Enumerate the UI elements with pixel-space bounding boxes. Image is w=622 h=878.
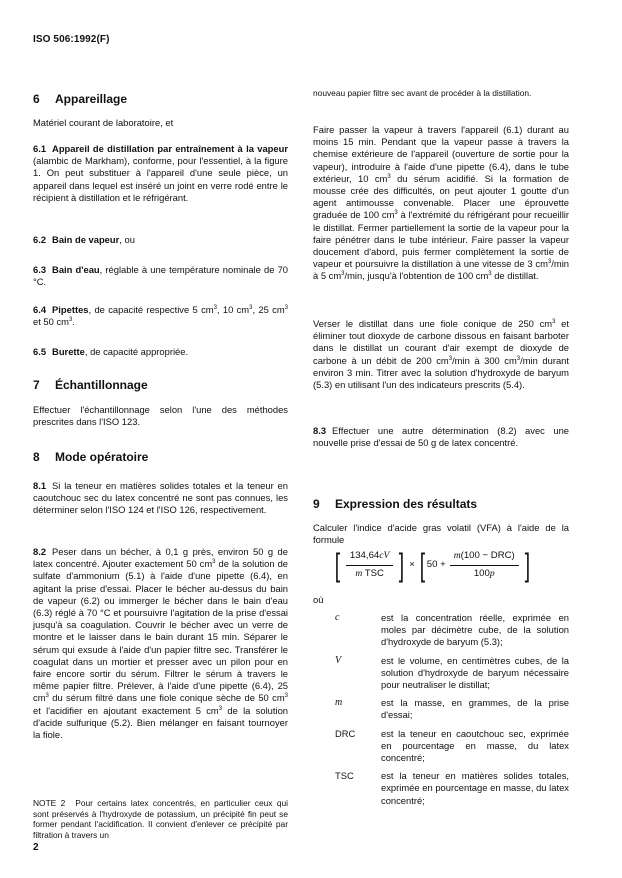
section-number: 8 bbox=[33, 450, 55, 464]
symbol: V bbox=[313, 655, 381, 692]
term: TSC bbox=[362, 568, 384, 579]
clause-text: , 25 cm bbox=[252, 304, 284, 315]
clause-number: 6.5 bbox=[33, 346, 46, 357]
numerator: 134,64cV bbox=[346, 550, 393, 565]
clause-term: Bain de vapeur bbox=[52, 234, 119, 245]
page-number: 2 bbox=[33, 842, 39, 854]
clause-text: de la solution de sulfate d'ammonium (5.… bbox=[33, 558, 288, 703]
section-title: Échantillonnage bbox=[55, 378, 148, 392]
paragraph-text: /min à 300 cm bbox=[452, 355, 517, 366]
clause-text: , 10 cm bbox=[217, 304, 249, 315]
vfa-formula: [ 134,64cV m TSC ] × [ 50 + m(100 − DRC)… bbox=[333, 550, 589, 580]
left-bracket: [ bbox=[335, 550, 340, 580]
superscript: 3 bbox=[285, 693, 288, 699]
definition-text: est le volume, en centimètres cubes, de … bbox=[381, 655, 569, 692]
clause-text: du sérum filtré dans une fiole conique s… bbox=[49, 692, 285, 703]
clause-6-3: 6.3Bain d'eau, réglable à une températur… bbox=[33, 264, 288, 288]
clause-term: Burette bbox=[52, 346, 85, 357]
term: (100 − DRC) bbox=[461, 550, 515, 561]
fraction-2: m(100 − DRC) 100p bbox=[450, 550, 519, 579]
clause-text: , de capacité appropriée. bbox=[85, 346, 188, 357]
section-title: Expression des résultats bbox=[335, 497, 477, 511]
document-id-header: ISO 506:1992(F) bbox=[33, 34, 110, 46]
paragraph-text: Verser le distillat dans une fiole coniq… bbox=[313, 318, 552, 329]
section-number: 7 bbox=[33, 378, 55, 392]
definition-v: V est le volume, en centimètres cubes, d… bbox=[313, 655, 569, 692]
constant: 134,64 bbox=[350, 550, 379, 561]
clause-number: 6.3 bbox=[33, 264, 46, 275]
note-text: Pour certains latex concentrés, en parti… bbox=[33, 798, 288, 840]
definition-text: est la teneur en matières solides totale… bbox=[381, 770, 569, 807]
clause-text: Effectuer une autre détermination (8.2) … bbox=[313, 425, 569, 448]
clause-8-2: 8.2Peser dans un bécher, à 0,1 g près, e… bbox=[33, 546, 288, 741]
section-number: 9 bbox=[313, 497, 335, 511]
section-9-heading: 9Expression des résultats bbox=[313, 497, 569, 511]
multiply-sign: × bbox=[409, 559, 415, 571]
variable-definitions: c est la concentration réelle, exprimée … bbox=[313, 612, 569, 813]
clause-8-1: 8.1Si la teneur en matières solides tota… bbox=[33, 480, 288, 517]
definition-m: m est la masse, en grammes, de la prise … bbox=[313, 697, 569, 721]
section-6-heading: 6Appareillage bbox=[33, 92, 288, 106]
superscript: 3 bbox=[285, 305, 288, 311]
symbol: TSC bbox=[313, 770, 381, 807]
paragraph-steam-distillation: Faire passer la vapeur à travers l'appar… bbox=[313, 124, 569, 283]
clause-text: Si la teneur en matières solides totales… bbox=[33, 480, 288, 515]
constant: 100 bbox=[474, 568, 490, 579]
paragraph-titration: Verser le distillat dans une fiole coniq… bbox=[313, 318, 569, 391]
variables: cV bbox=[379, 550, 389, 561]
definition-text: est la masse, en grammes, de la prise d'… bbox=[381, 697, 569, 721]
clause-text: et 50 cm bbox=[33, 316, 69, 327]
clause-term: Bain d'eau bbox=[52, 264, 100, 275]
clause-number: 6.2 bbox=[33, 234, 46, 245]
note-2-continued: nouveau papier filtre sec avant de procé… bbox=[313, 88, 569, 99]
clause-number: 8.3 bbox=[313, 425, 326, 436]
clause-term: Appareil de distillation par entraînemen… bbox=[52, 143, 288, 154]
symbol: c bbox=[313, 612, 381, 649]
variable: m bbox=[454, 550, 461, 561]
section-7-text: Effectuer l'échantillonnage selon l'une … bbox=[33, 404, 288, 428]
left-bracket: [ bbox=[420, 550, 425, 580]
denominator: 100p bbox=[474, 566, 495, 580]
section-7-heading: 7Échantillonnage bbox=[33, 378, 288, 392]
clause-text: (alambic de Markham), conforme, pour l'e… bbox=[33, 155, 288, 203]
where-label: où bbox=[313, 594, 569, 606]
section-8-heading: 8Mode opératoire bbox=[33, 450, 288, 464]
definition-text: est la teneur en caoutchouc sec, exprimé… bbox=[381, 728, 569, 765]
section-6-intro: Matériel courant de laboratoire, et bbox=[33, 117, 288, 129]
symbol: DRC bbox=[313, 728, 381, 765]
right-bracket: ] bbox=[525, 550, 530, 580]
clause-number: 8.2 bbox=[33, 546, 46, 557]
clause-8-3: 8.3Effectuer une autre détermination (8.… bbox=[313, 425, 569, 449]
note-2: NOTE 2Pour certains latex concentrés, en… bbox=[33, 798, 288, 840]
numerator: m(100 − DRC) bbox=[450, 550, 519, 565]
clause-number: 6.1 bbox=[33, 143, 46, 154]
clause-text: et l'acidifier en ajoutant exactement 5 … bbox=[33, 705, 219, 716]
clause-text: , de capacité respective 5 cm bbox=[89, 304, 214, 315]
clause-term: Pipettes bbox=[52, 304, 88, 315]
clause-text: . bbox=[72, 316, 75, 327]
section-9-intro: Calculer l'indice d'acide gras volatil (… bbox=[313, 522, 569, 546]
section-number: 6 bbox=[33, 92, 55, 106]
fraction-1: 134,64cV m TSC bbox=[346, 550, 393, 579]
paragraph-text: de distillat. bbox=[492, 270, 539, 281]
definition-c: c est la concentration réelle, exprimée … bbox=[313, 612, 569, 649]
clause-text: , ou bbox=[119, 234, 135, 245]
clause-6-5: 6.5Burette, de capacité appropriée. bbox=[33, 346, 288, 358]
constant-term: 50 + bbox=[427, 559, 446, 571]
variable: p bbox=[490, 568, 495, 579]
clause-number: 6.4 bbox=[33, 304, 46, 315]
clause-number: 8.1 bbox=[33, 480, 46, 491]
denominator: m TSC bbox=[355, 566, 384, 580]
note-label: NOTE 2 bbox=[33, 798, 65, 808]
definition-tsc: TSC est la teneur en matières solides to… bbox=[313, 770, 569, 807]
clause-6-1: 6.1Appareil de distillation par entraîne… bbox=[33, 143, 288, 204]
definition-drc: DRC est la teneur en caoutchouc sec, exp… bbox=[313, 728, 569, 765]
section-title: Appareillage bbox=[55, 92, 127, 106]
clause-6-2: 6.2Bain de vapeur, ou bbox=[33, 234, 288, 246]
clause-6-4: 6.4Pipettes, de capacité respective 5 cm… bbox=[33, 304, 288, 328]
symbol: m bbox=[313, 697, 381, 721]
definition-text: est la concentration réelle, exprimée en… bbox=[381, 612, 569, 649]
right-bracket: ] bbox=[399, 550, 404, 580]
section-title: Mode opératoire bbox=[55, 450, 148, 464]
paragraph-text: /min, jusqu'à l'obtention de 100 cm bbox=[344, 270, 488, 281]
